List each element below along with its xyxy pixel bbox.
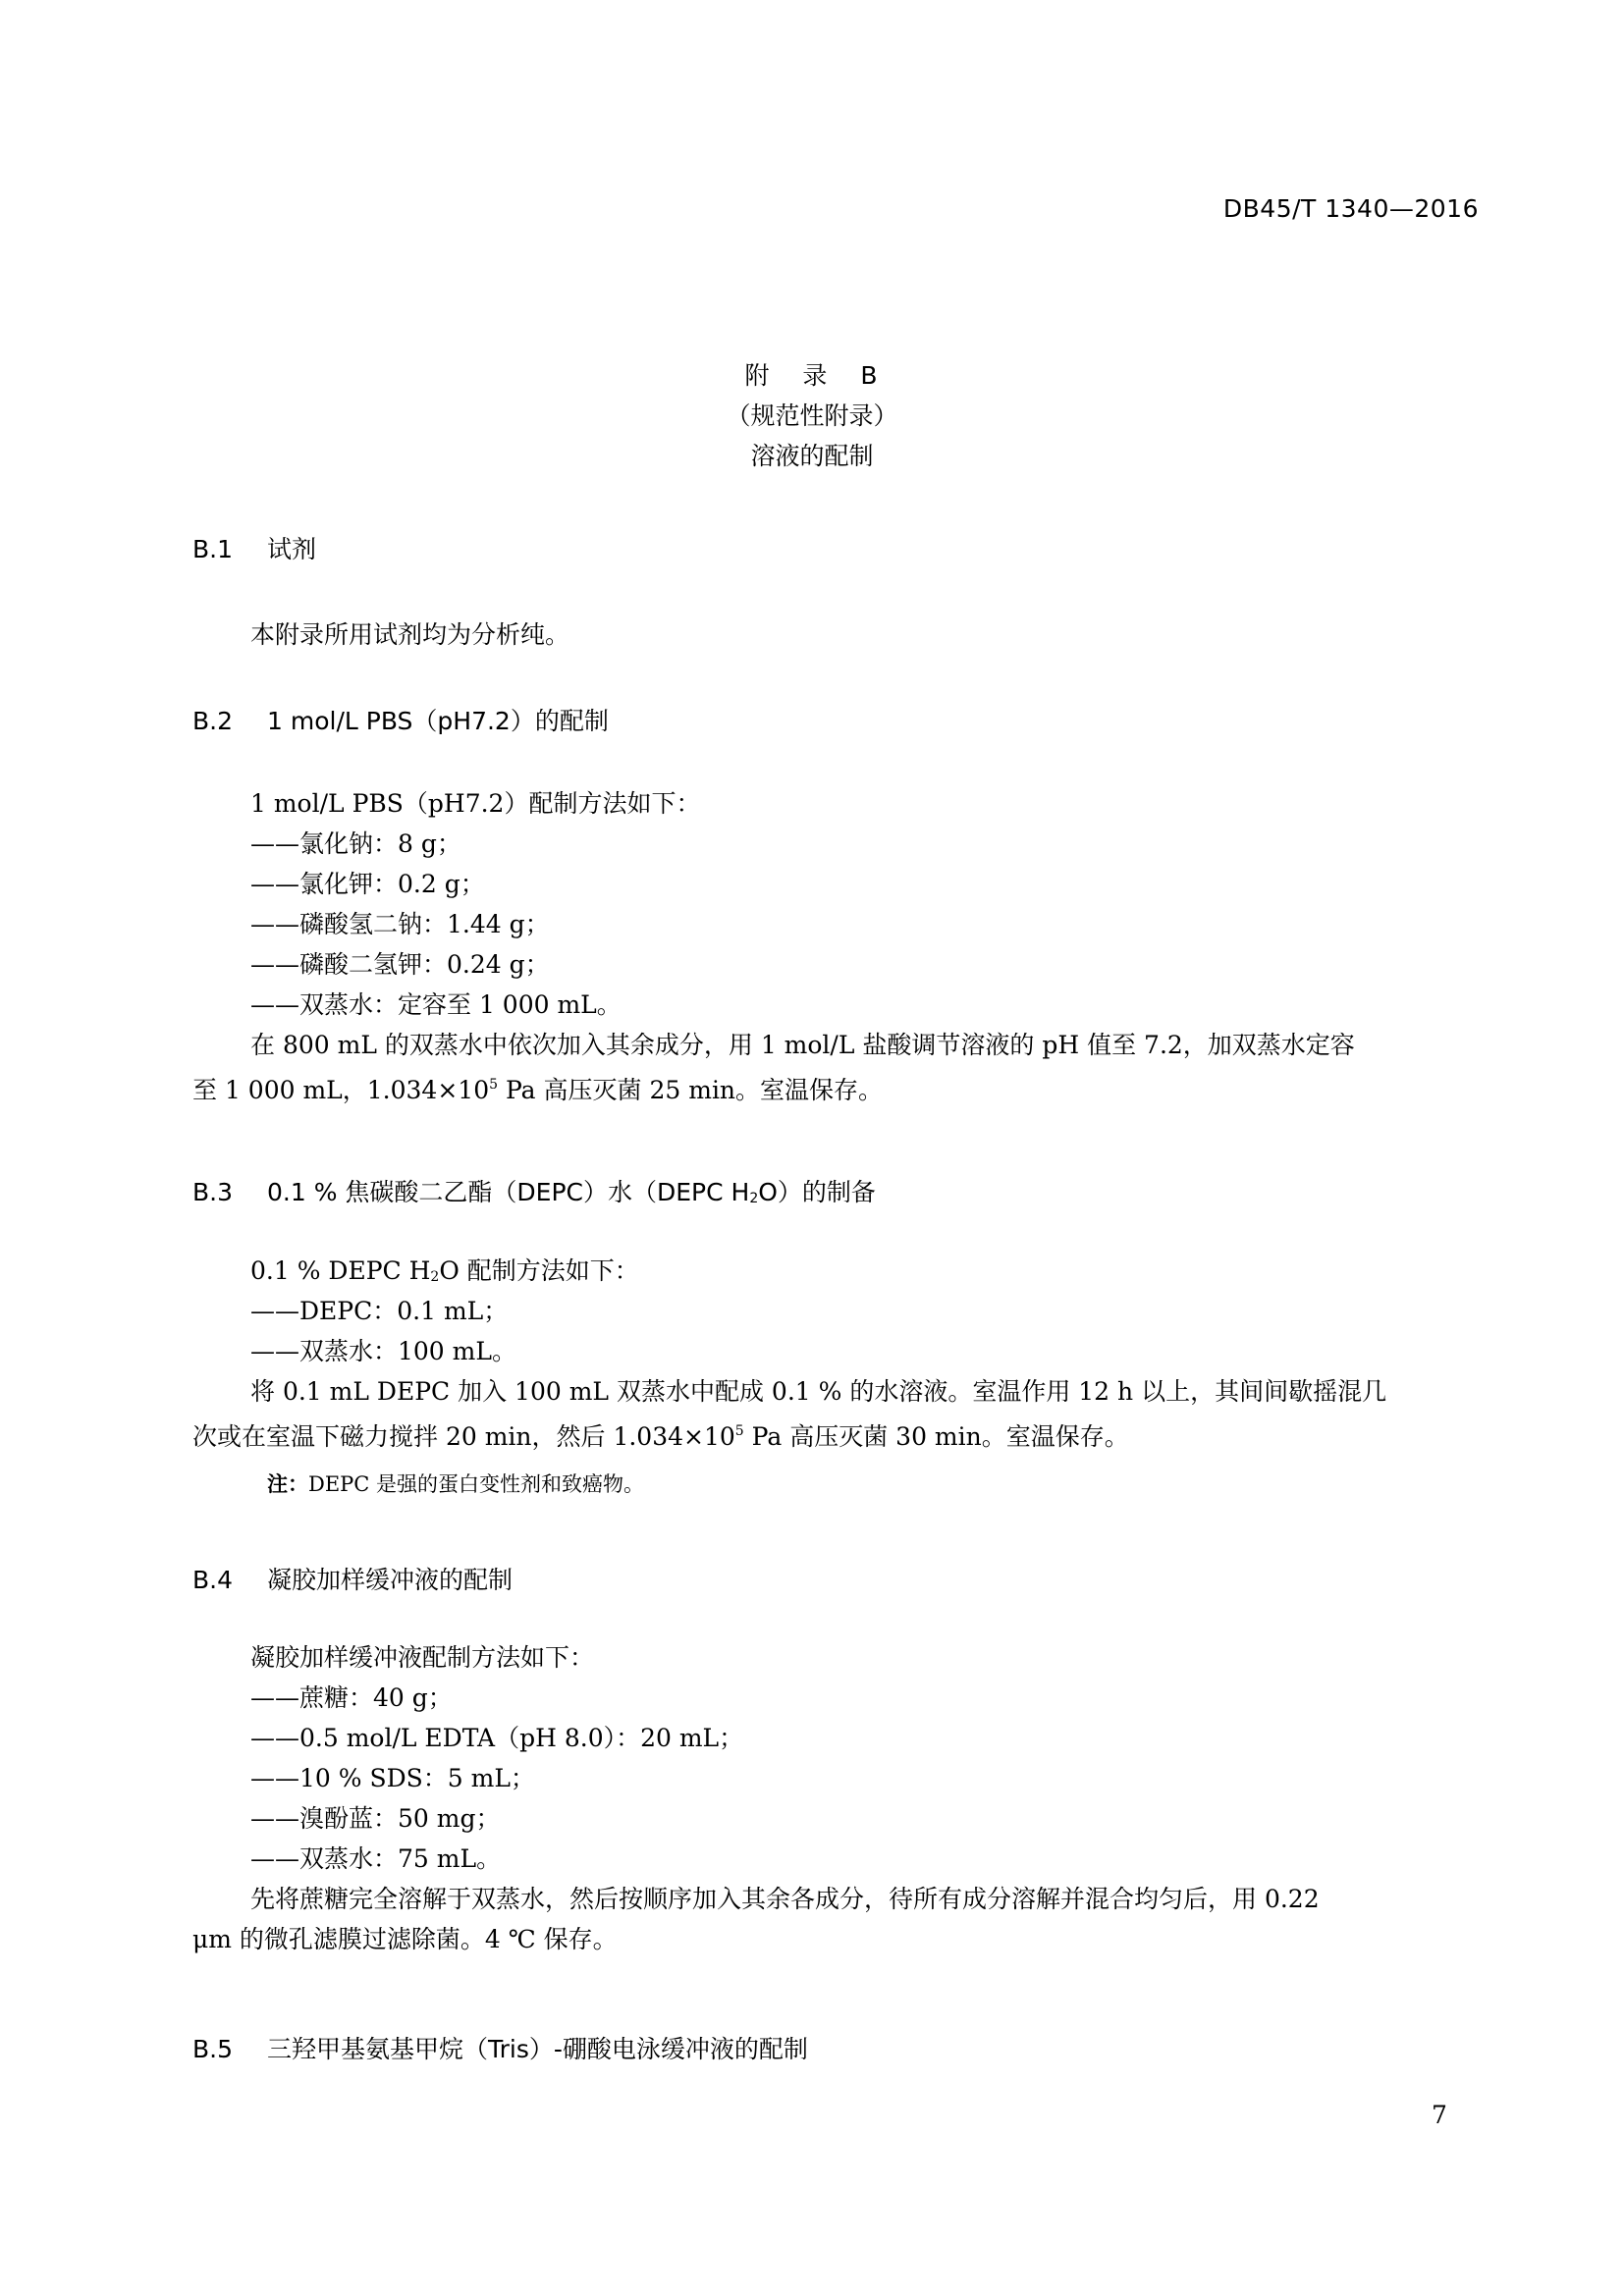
subscript: 2	[749, 1191, 758, 1206]
section-heading-b3: B.30.1 % 焦碳酸二乙酯（DEPC）水（DEPC H2O）的制备	[192, 1173, 876, 1208]
text: 至 1 000 mL，1.034×10	[192, 1076, 489, 1104]
list-item: ——磷酸氢二钠：1.44 g；	[192, 904, 1485, 944]
section-title: 凝胶加样缓冲液的配制	[267, 1566, 513, 1594]
section-number: B.4	[192, 1566, 267, 1594]
list-item: ——氯化钾：0.2 g；	[192, 864, 1485, 904]
section-title: 0.1 % 焦碳酸二乙酯（DEPC）水（DEPC H2O）的制备	[267, 1178, 876, 1206]
intro-line: 1 mol/L PBS（pH7.2）配制方法如下：	[192, 783, 1485, 824]
section-number: B.1	[192, 535, 267, 563]
list-item: ——双蒸水：定容至 1 000 mL。	[192, 985, 1485, 1025]
annex-title-block: 附 录 B （规范性附录） 溶液的配制	[0, 355, 1624, 476]
superscript: 5	[735, 1423, 744, 1439]
paragraph: 本附录所用试剂均为分析纯。	[192, 614, 1485, 655]
annex-title: 溶液的配制	[0, 436, 1624, 476]
intro-line: 凝胶加样缓冲液配制方法如下：	[192, 1637, 1485, 1678]
superscript: 5	[489, 1077, 498, 1093]
list-item: ——双蒸水：100 mL。	[192, 1331, 1485, 1371]
text: Pa 高压灭菌 30 min。室温保存。	[744, 1422, 1129, 1451]
list-item: ——10 % SDS：5 mL；	[192, 1758, 1485, 1798]
section-heading-b1: B.1试剂	[192, 530, 316, 565]
list-item: ——溴酚蓝：50 mg；	[192, 1798, 1485, 1839]
procedure-line: 次或在室温下磁力搅拌 20 min，然后 1.034×105 Pa 高压灭菌 3…	[192, 1412, 1485, 1452]
subscript: 2	[430, 1269, 439, 1285]
section-title: 1 mol/L PBS（pH7.2）的配制	[267, 707, 609, 735]
page-number: 7	[1432, 2101, 1447, 2129]
section-b1-body: 本附录所用试剂均为分析纯。	[192, 614, 1485, 655]
section-number: B.3	[192, 1178, 267, 1206]
text: 0.1 % DEPC H	[250, 1256, 430, 1285]
note-label: 注：	[267, 1472, 308, 1496]
procedure-line: μm 的微孔滤膜过滤除菌。4 ℃ 保存。	[192, 1919, 1485, 1959]
text: 0.1 % 焦碳酸二乙酯（DEPC）水（DEPC H	[267, 1178, 749, 1206]
list-item: ——DEPC：0.1 mL；	[192, 1291, 1485, 1331]
text: 次或在室温下磁力搅拌 20 min，然后 1.034×10	[192, 1422, 735, 1451]
section-number: B.2	[192, 707, 267, 735]
list-item: ——磷酸二氢钾：0.24 g；	[192, 944, 1485, 985]
section-b4-body: 凝胶加样缓冲液配制方法如下： ——蔗糖：40 g； ——0.5 mol/L ED…	[192, 1637, 1485, 1959]
annex-label: 附 录 B	[0, 355, 1624, 396]
annex-type: （规范性附录）	[0, 396, 1624, 436]
text: O）的制备	[758, 1178, 876, 1206]
section-heading-b4: B.4凝胶加样缓冲液的配制	[192, 1561, 513, 1596]
procedure-line: 至 1 000 mL，1.034×105 Pa 高压灭菌 25 min。室温保存…	[192, 1065, 1485, 1105]
text: O 配制方法如下：	[439, 1256, 638, 1285]
procedure-line: 先将蔗糖完全溶解于双蒸水，然后按顺序加入其余各成分，待所有成分溶解并混合均匀后，…	[192, 1879, 1485, 1919]
list-item: ——氯化钠：8 g；	[192, 824, 1485, 864]
list-item: ——双蒸水：75 mL。	[192, 1839, 1485, 1879]
section-number: B.5	[192, 2035, 267, 2063]
note-text: DEPC 是强的蛋白变性剂和致癌物。	[308, 1472, 644, 1496]
section-heading-b5: B.5三羟甲基氨基甲烷（Tris）-硼酸电泳缓冲液的配制	[192, 2030, 808, 2065]
list-item: ——0.5 mol/L EDTA（pH 8.0）：20 mL；	[192, 1718, 1485, 1758]
note: 注：DEPC 是强的蛋白变性剂和致癌物。	[267, 1468, 644, 1498]
section-heading-b2: B.21 mol/L PBS（pH7.2）的配制	[192, 702, 609, 737]
standard-code: DB45/T 1340—2016	[1223, 194, 1479, 223]
section-b2-body: 1 mol/L PBS（pH7.2）配制方法如下： ——氯化钠：8 g； ——氯…	[192, 783, 1485, 1105]
text: Pa 高压灭菌 25 min。室温保存。	[498, 1076, 883, 1104]
list-item: ——蔗糖：40 g；	[192, 1678, 1485, 1718]
section-b3-body: 0.1 % DEPC H2O 配制方法如下： ——DEPC：0.1 mL； ——…	[192, 1251, 1485, 1452]
section-title: 三羟甲基氨基甲烷（Tris）-硼酸电泳缓冲液的配制	[267, 2035, 808, 2063]
procedure-line: 将 0.1 mL DEPC 加入 100 mL 双蒸水中配成 0.1 % 的水溶…	[192, 1371, 1485, 1412]
section-title: 试剂	[267, 535, 316, 563]
procedure-line: 在 800 mL 的双蒸水中依次加入其余成分，用 1 mol/L 盐酸调节溶液的…	[192, 1025, 1485, 1065]
intro-line: 0.1 % DEPC H2O 配制方法如下：	[192, 1251, 1485, 1291]
